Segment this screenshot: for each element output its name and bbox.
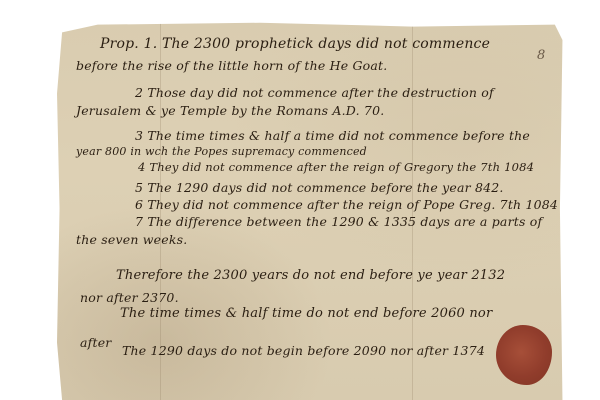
manuscript-line: 5 The 1290 days did not commence before … — [135, 180, 504, 195]
manuscript-line: 2 Those day did not commence after the d… — [135, 85, 494, 100]
manuscript-line: 6 They did not commence after the reign … — [135, 197, 558, 212]
manuscript-line: The time times & half time do not end be… — [120, 306, 492, 321]
manuscript-line: 4 They did not commence after the reign … — [138, 160, 534, 174]
manuscript-line: The 1290 days do not begin before 2090 n… — [122, 343, 485, 358]
manuscript-line: after — [80, 335, 111, 350]
manuscript-line: the seven weeks. — [76, 232, 187, 247]
manuscript-line: Jerusalem & ye Temple by the Romans A.D.… — [76, 103, 384, 118]
manuscript-line: nor after 2370. — [80, 290, 179, 305]
manuscript-line: Prop. 1. The 2300 prophetick days did no… — [100, 36, 490, 52]
manuscript-line: year 800 in wch the Popes supremacy comm… — [76, 145, 367, 158]
manuscript-line: 7 The difference between the 1290 & 1335… — [135, 214, 542, 229]
wax-seal — [496, 325, 552, 385]
manuscript-line: 3 The time times & half a time did not c… — [135, 128, 530, 143]
page-number: 8 — [537, 48, 545, 63]
manuscript-line: Therefore the 2300 years do not end befo… — [116, 268, 505, 283]
manuscript-line: before the rise of the little horn of th… — [76, 58, 387, 73]
